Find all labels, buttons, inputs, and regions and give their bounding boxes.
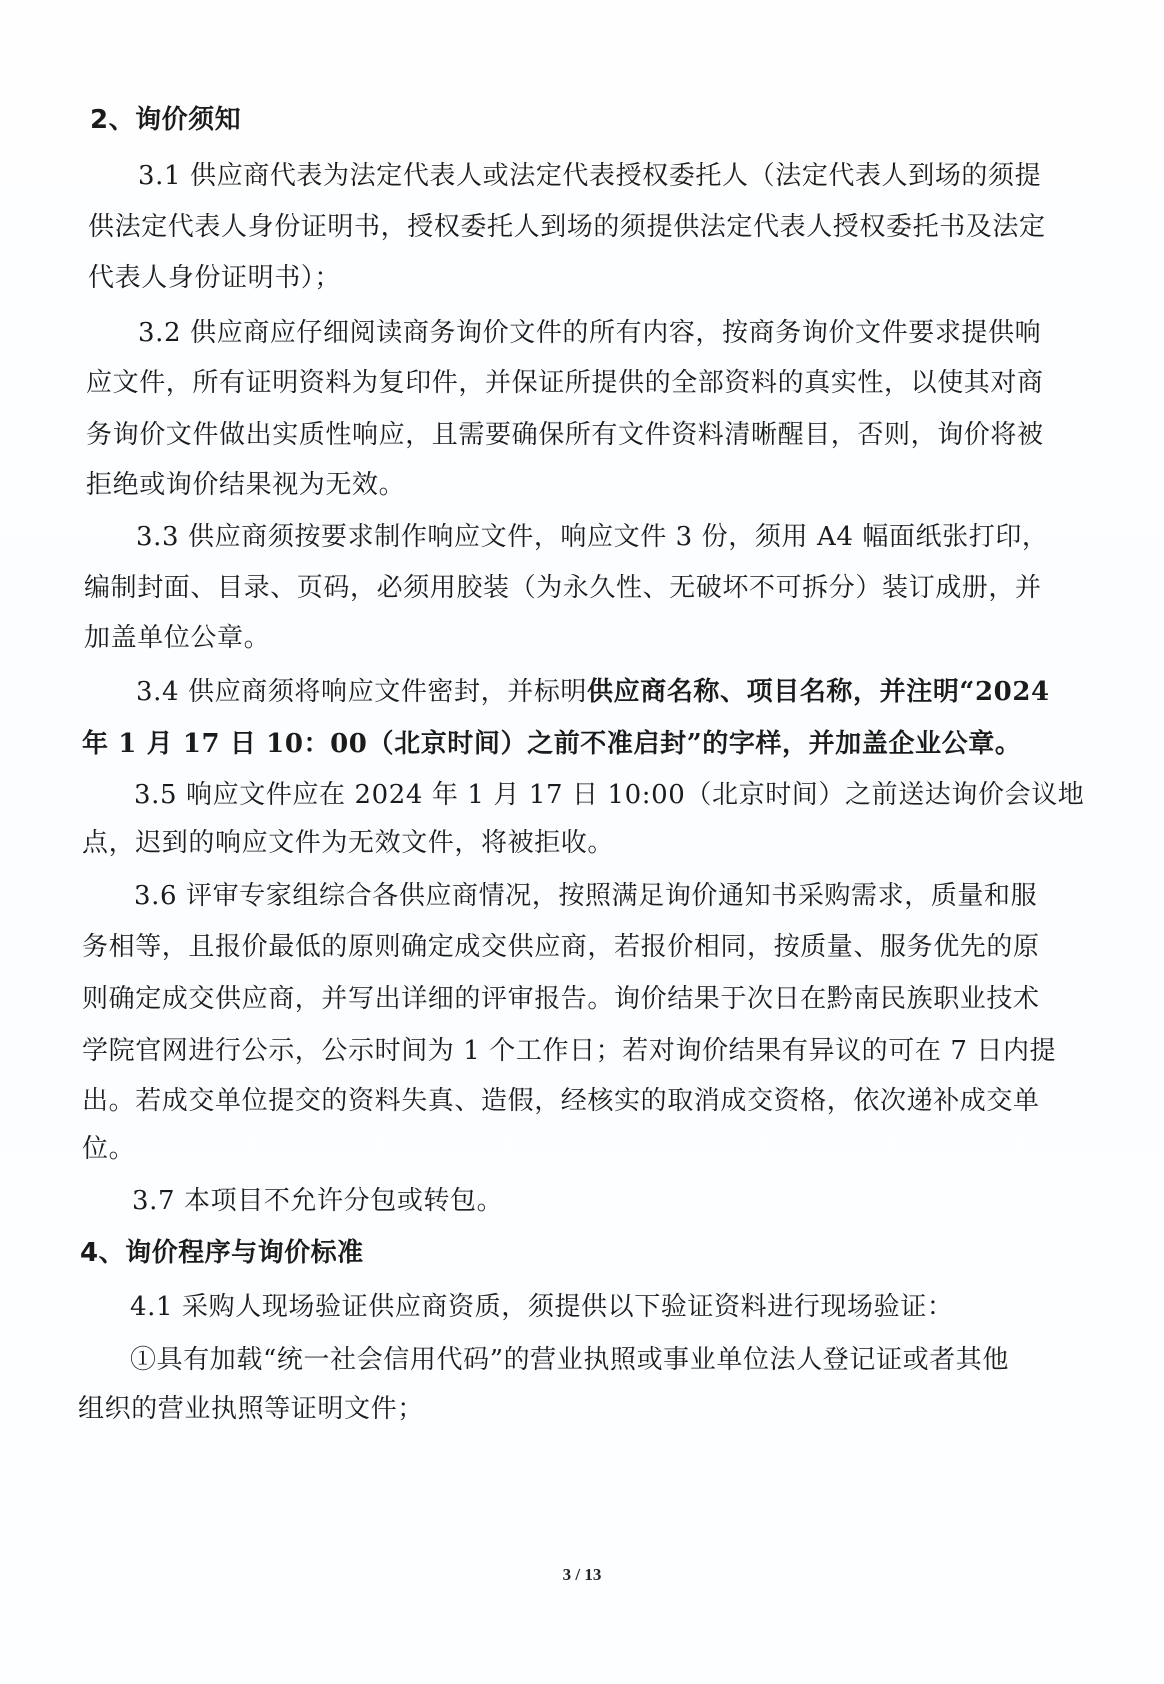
paragraph-3-5-line-2: 点，迟到的响应文件为无效文件，将被拒收。 [82,826,614,860]
paragraph-3-6-line-4: 学院官网进行公示，公示时间为 1 个工作日；若对询价结果有异议的可在 7 日内提 [82,1034,1056,1068]
paragraph-3-6-line-2: 务相等，且报价最低的原则确定成交供应商，若报价相同，按质量、服务优先的原 [82,930,1040,964]
page-number: 3 / 13 [0,1565,1164,1585]
paragraph-3-6-line-6: 位。 [82,1132,135,1166]
paragraph-3-1-line-3: 代表人身份证明书）； [88,261,341,295]
paragraph-3-6-line-5: 出。若成交单位提交的资料失真、造假，经核实的取消成交资格，依次递补成交单 [82,1084,1040,1118]
document-page: 2、询价须知 3.1 供应商代表为法定代表人或法定代表授权委托人（法定代表人到场… [0,0,1164,1684]
section-heading-4: 4、询价程序与询价标准 [80,1236,364,1270]
paragraph-3-4-line-2: 年 1 月 17 日 10：00（北京时间）之前不准启封”的字样，并加盖企业公章… [82,727,1021,761]
paragraph-3-2-line-1: 3.2 供应商应仔细阅读商务询价文件的所有内容，按商务询价文件要求提供响 [138,316,1041,350]
paragraph-3-3-line-3: 加盖单位公章。 [84,621,270,655]
list-item-1-line-2: 组织的营业执照等证明文件； [78,1392,424,1426]
section-heading-2: 2、询价须知 [90,103,241,137]
paragraph-3-6-line-1: 3.6 评审专家组综合各供应商情况，按照满足询价通知书采购需求，质量和服 [134,879,1037,913]
list-item-1-line-1: ①具有加载“统一社会信用代码”的营业执照或事业单位法人登记证或者其他 [130,1343,1009,1377]
paragraph-4-1-line-1: 4.1 采购人现场验证供应商资质，须提供以下验证资料进行现场验证： [130,1290,953,1324]
paragraph-3-7-line-1: 3.7 本项目不允许分包或转包。 [132,1184,503,1218]
paragraph-3-3-line-1: 3.3 供应商须按要求制作响应文件，响应文件 3 份，须用 A4 幅面纸张打印， [136,520,1049,554]
paragraph-3-4-bold-text: 供应商名称、项目名称，并注明“2024 [587,677,1050,707]
paragraph-3-2-line-3: 务询价文件做出实质性响应，且需要确保所有文件资料清晰醒目，否则，询价将被 [86,418,1044,452]
paragraph-3-4-line-1: 3.4 供应商须将响应文件密封，并标明供应商名称、项目名称，并注明“2024 [136,675,1050,709]
paragraph-3-2-line-4: 拒绝或询价结果视为无效。 [86,468,405,502]
paragraph-3-3-line-2: 编制封面、目录、页码，必须用胶装（为永久性、无破坏不可拆分）装订成册，并 [84,571,1042,605]
paragraph-3-4-normal-text: 3.4 供应商须将响应文件密封，并标明 [136,677,587,707]
paragraph-3-2-line-2: 应文件，所有证明资料为复印件，并保证所提供的全部资料的真实性，以使其对商 [86,366,1044,400]
paragraph-3-1-line-1: 3.1 供应商代表为法定代表人或法定代表授权委托人（法定代表人到场的须提 [138,159,1041,193]
paragraph-3-5-line-1: 3.5 响应文件应在 2024 年 1 月 17 日 10:00（北京时间）之前… [134,778,1084,812]
paragraph-3-1-line-2: 供法定代表人身份证明书，授权委托人到场的须提供法定代表人授权委托书及法定 [88,210,1046,244]
paragraph-3-6-line-3: 则确定成交供应商，并写出详细的评审报告。询价结果于次日在黔南民族职业技术 [82,982,1040,1016]
